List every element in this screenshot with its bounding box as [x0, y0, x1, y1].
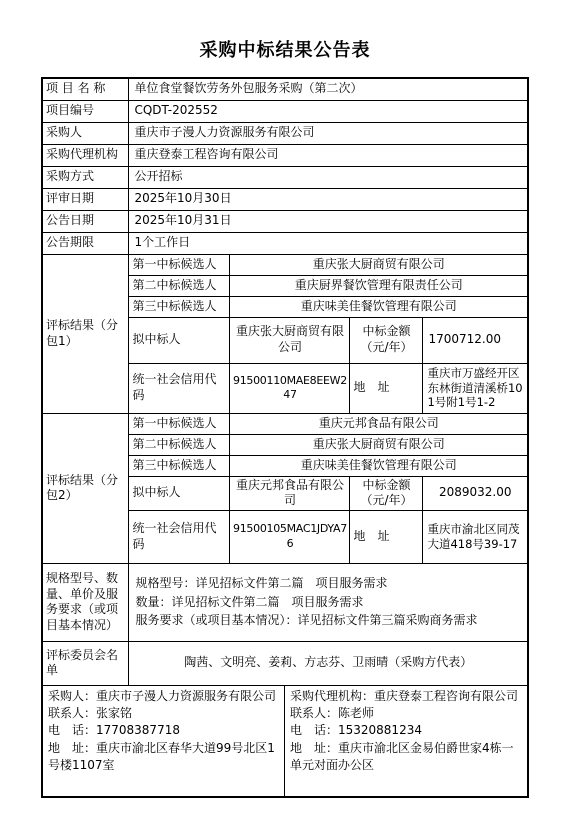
lot1-candidate-3-name: 重庆味美佳餐饮管理有限公司 [230, 296, 528, 317]
lot2-amount-label: 中标金额 （元/年） [350, 476, 423, 510]
lot1-address-value: 重庆市万盛经开区东林街道清溪桥101号附1号1-2 [423, 363, 528, 413]
info-row-purchaser: 采购人 重庆市子漫人力资源服务有限公司 [42, 122, 528, 144]
lot1-amount-value: 1700712.00 [423, 317, 528, 363]
announcement-table: 项 目 名 称 单位食堂餐饮劳务外包服务采购（第二次） 项目编号 CQDT-20… [41, 77, 529, 798]
lot2-amount-value: 2089032.00 [423, 476, 528, 510]
lot2-candidate-row-1: 评标结果（分包2） 第一中标候选人 重庆元邦食品有限公司 [42, 413, 528, 434]
committee-label: 评标委员会名单 [42, 641, 129, 685]
spec-line-service: 服务要求（或项目基本情况）：详见招标文件第三篇采购商务需求 [135, 611, 521, 630]
lot1-address-label: 地 址 [350, 363, 423, 413]
spec-row: 规格型号、数量、单价及服务要求（或项目基本情况） 规格型号：详见招标文件第二篇 … [42, 563, 528, 641]
lot2-candidate-3-label: 第三中标候选人 [129, 455, 230, 476]
committee-names: 陶茜、文明亮、姜莉、方志芬、卫雨晴（采购方代表） [129, 641, 528, 685]
info-row-method: 采购方式 公开招标 [42, 166, 528, 188]
lot2-candidate-2-name: 重庆张大厨商贸有限公司 [230, 434, 528, 455]
lot2-candidate-1-name: 重庆元邦食品有限公司 [230, 413, 528, 434]
contacts-wrap: 采购人：重庆市子漫人力资源服务有限公司 联系人：张家铭 电 话：17708387… [43, 686, 527, 796]
lot1-candidate-3-label: 第三中标候选人 [129, 296, 230, 317]
review-date-value: 2025年10月30日 [129, 188, 528, 210]
lot1-candidate-row-1: 评标结果（分包1） 第一中标候选人 重庆张大厨商贸有限公司 [42, 254, 528, 275]
lot2-credit-code-value: 91500105MAC1JDYA76 [230, 510, 350, 563]
announce-period-label: 公告期限 [42, 232, 129, 254]
spec-label: 规格型号、数量、单价及服务要求（或项目基本情况） [42, 563, 129, 641]
agency-contact-person: 联系人：陈老师 [290, 705, 522, 722]
lot2-winner-name: 重庆元邦食品有限公司 [230, 476, 350, 510]
agency-contact-name: 采购代理机构：重庆登泰工程咨询有限公司 [290, 688, 522, 705]
spec-line-model: 规格型号：详见招标文件第二篇 项目服务需求 [135, 574, 521, 593]
method-value: 公开招标 [129, 166, 528, 188]
info-row-project-number: 项目编号 CQDT-202552 [42, 100, 528, 122]
info-row-review-date: 评审日期 2025年10月30日 [42, 188, 528, 210]
agency-contact-address: 地 址：重庆市渝北区金易伯爵世家4栋一单元对面办公区 [290, 740, 522, 775]
lot2-address-value: 重庆市渝北区同茂大道418号39-17 [423, 510, 528, 563]
lot2-candidate-2-label: 第二中标候选人 [129, 434, 230, 455]
lot1-candidate-2-label: 第二中标候选人 [129, 275, 230, 296]
review-date-label: 评审日期 [42, 188, 129, 210]
lot2-credit-code-label: 统一社会信用代码 [129, 510, 230, 563]
lot1-amount-label: 中标金额 （元/年） [350, 317, 423, 363]
committee-row: 评标委员会名单 陶茜、文明亮、姜莉、方志芬、卫雨晴（采购方代表） [42, 641, 528, 685]
contacts-cell: 采购人：重庆市子漫人力资源服务有限公司 联系人：张家铭 电 话：17708387… [42, 685, 528, 797]
purchaser-contact-name: 采购人：重庆市子漫人力资源服务有限公司 [48, 688, 279, 705]
project-number-value: CQDT-202552 [129, 100, 528, 122]
announce-date-label: 公告日期 [42, 210, 129, 232]
info-row-agency: 采购代理机构 重庆登泰工程咨询有限公司 [42, 144, 528, 166]
purchaser-label: 采购人 [42, 122, 129, 144]
purchaser-value: 重庆市子漫人力资源服务有限公司 [129, 122, 528, 144]
project-name-value: 单位食堂餐饮劳务外包服务采购（第二次） [129, 78, 528, 100]
lot1-candidate-2-name: 重庆厨界餐饮管理有限责任公司 [230, 275, 528, 296]
lot1-candidate-1-name: 重庆张大厨商贸有限公司 [230, 254, 528, 275]
project-name-label: 项 目 名 称 [42, 78, 129, 100]
spec-line-quantity: 数量：详见招标文件第二篇 项目服务需求 [135, 593, 521, 612]
agency-contact-block: 采购代理机构：重庆登泰工程咨询有限公司 联系人：陈老师 电 话：15320881… [285, 686, 527, 796]
lot1-winner-label: 拟中标人 [129, 317, 230, 363]
purchaser-contact-phone: 电 话：17708387718 [48, 722, 279, 739]
purchaser-contact-person: 联系人：张家铭 [48, 705, 279, 722]
contacts-row: 采购人：重庆市子漫人力资源服务有限公司 联系人：张家铭 电 话：17708387… [42, 685, 528, 797]
lot1-section-label: 评标结果（分包1） [42, 254, 129, 413]
page-title: 采购中标结果公告表 [0, 36, 570, 62]
announcement-page: 采购中标结果公告表 项 目 名 称 单位食堂餐饮劳务外包服务采购（第二次） 项目… [0, 0, 570, 819]
spec-content: 规格型号：详见招标文件第二篇 项目服务需求 数量：详见招标文件第二篇 项目服务需… [129, 563, 528, 641]
announce-period-value: 1个工作日 [129, 232, 528, 254]
agency-label: 采购代理机构 [42, 144, 129, 166]
info-row-announce-date: 公告日期 2025年10月31日 [42, 210, 528, 232]
lot1-winner-name: 重庆张大厨商贸有限公司 [230, 317, 350, 363]
lot2-section-label: 评标结果（分包2） [42, 413, 129, 563]
lot1-candidate-1-label: 第一中标候选人 [129, 254, 230, 275]
lot2-candidate-1-label: 第一中标候选人 [129, 413, 230, 434]
lot1-credit-code-value: 91500110MAE8EEW247 [230, 363, 350, 413]
lot2-candidate-3-name: 重庆味美佳餐饮管理有限公司 [230, 455, 528, 476]
lot2-winner-label: 拟中标人 [129, 476, 230, 510]
agency-value: 重庆登泰工程咨询有限公司 [129, 144, 528, 166]
info-row-announce-period: 公告期限 1个工作日 [42, 232, 528, 254]
method-label: 采购方式 [42, 166, 129, 188]
purchaser-contact-address: 地 址：重庆市渝北区春华大道99号北区1号楼1107室 [48, 740, 279, 775]
lot1-credit-code-label: 统一社会信用代码 [129, 363, 230, 413]
announce-date-value: 2025年10月31日 [129, 210, 528, 232]
project-number-label: 项目编号 [42, 100, 129, 122]
lot2-address-label: 地 址 [350, 510, 423, 563]
info-row-project-name: 项 目 名 称 单位食堂餐饮劳务外包服务采购（第二次） [42, 78, 528, 100]
purchaser-contact-block: 采购人：重庆市子漫人力资源服务有限公司 联系人：张家铭 电 话：17708387… [43, 686, 285, 796]
agency-contact-phone: 电 话：15320881234 [290, 722, 522, 739]
